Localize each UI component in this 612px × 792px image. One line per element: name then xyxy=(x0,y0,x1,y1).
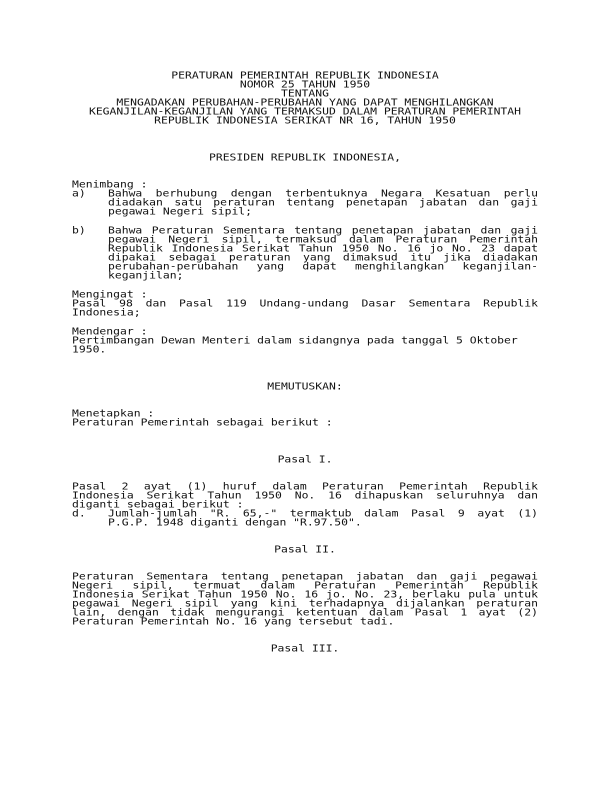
menimbang-b-line: keganjilan; xyxy=(108,271,538,280)
pasal-2-title: Pasal II. xyxy=(72,545,538,554)
president-heading: PRESIDEN REPUBLIK INDONESIA, xyxy=(72,153,538,162)
mendengar-line: 1950. xyxy=(72,345,538,354)
menimbang-a-line: pegawai Negeri sipil; xyxy=(108,207,538,216)
pasal-2-line: Peraturan Pemerintah No. 16 yang tersebu… xyxy=(72,617,538,626)
header-line: REPUBLIK INDONESIA SERIKAT NR 16, TAHUN … xyxy=(72,116,538,125)
item-marker: a) xyxy=(72,189,108,198)
pasal-1-item-line: P.G.P. 1948 diganti dengan "R.97.50". xyxy=(108,518,538,527)
item-marker: b) xyxy=(72,226,108,235)
document-page: PERATURAN PEMERINTAH REPUBLIK INDONESIA … xyxy=(0,0,612,792)
mengingat-line: Pasal 98 dan Pasal 119 Undang-undang Das… xyxy=(72,299,538,308)
menetapkan-line: Peraturan Pemerintah sebagai berikut : xyxy=(72,418,538,427)
pasal-3-title: Pasal III. xyxy=(72,644,538,653)
mendengar-line: Pertimbangan Dewan Menteri dalam sidangn… xyxy=(72,336,538,345)
mengingat-line: Indonesia; xyxy=(72,308,538,317)
item-marker: d. xyxy=(72,509,108,518)
pasal-1-title: Pasal I. xyxy=(72,455,538,464)
memutuskan-heading: MEMUTUSKAN: xyxy=(72,382,538,391)
